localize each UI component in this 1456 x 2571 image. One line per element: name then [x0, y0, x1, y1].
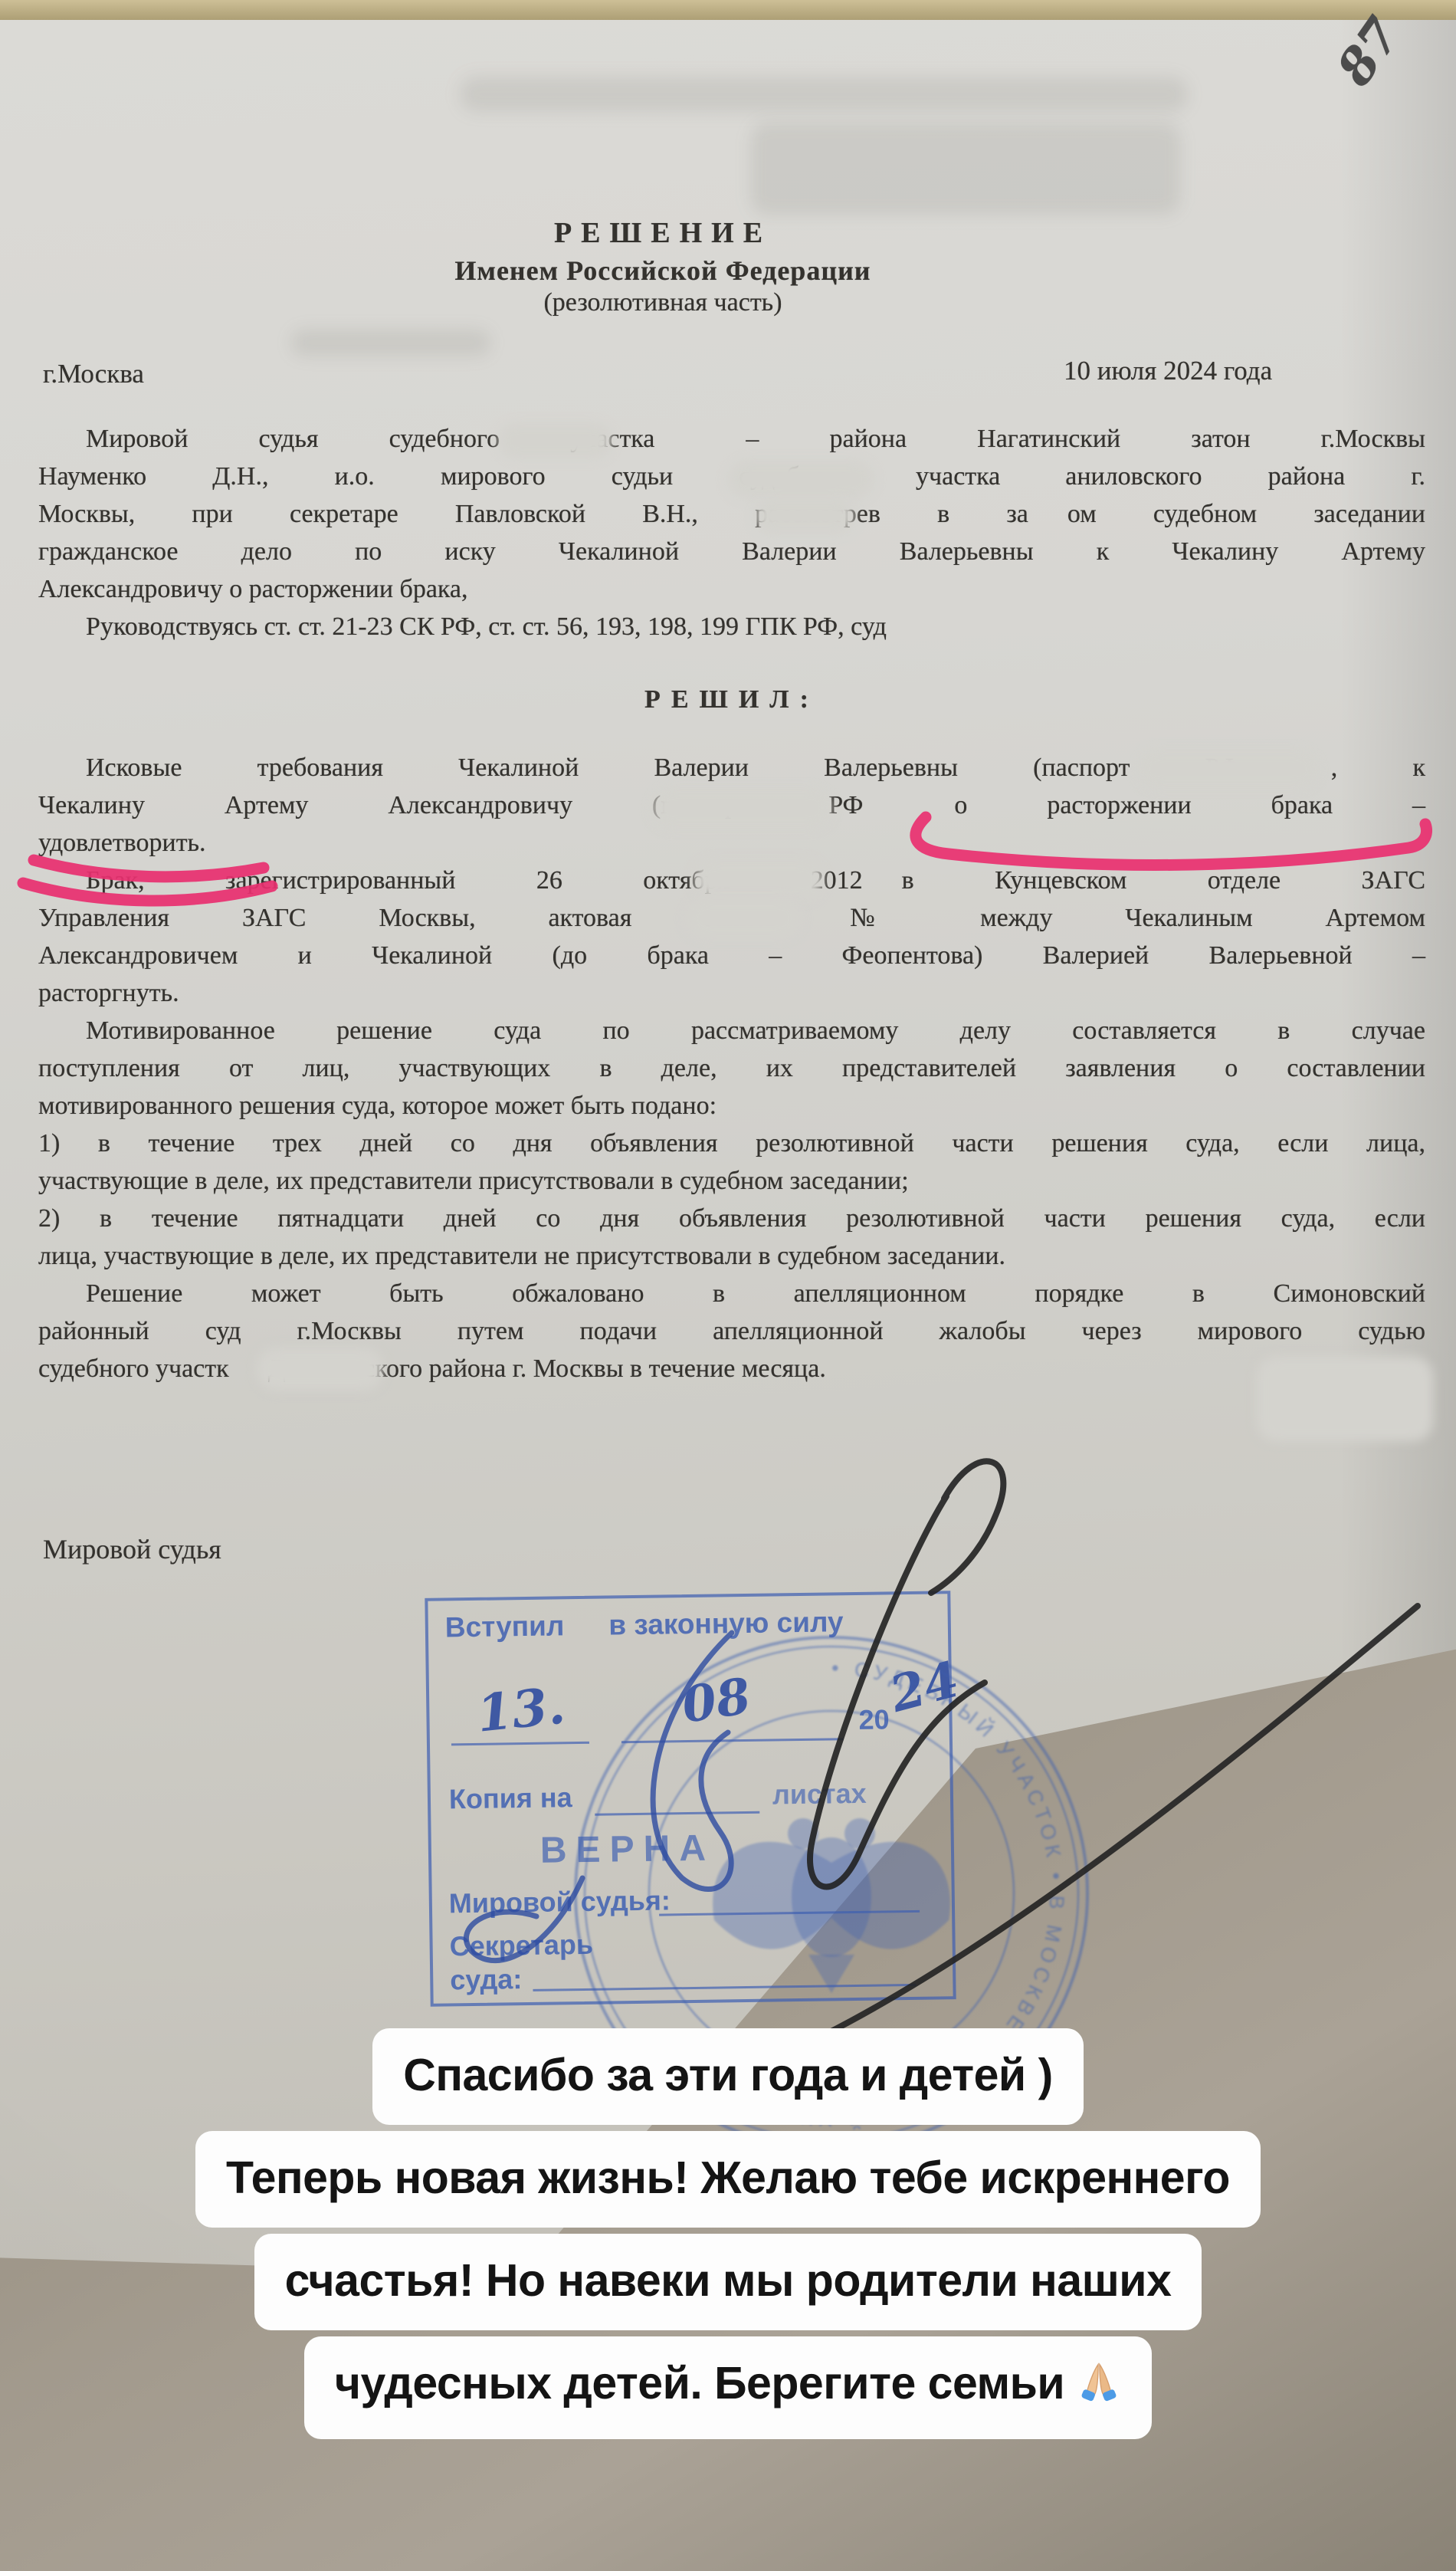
overlay-line: чудесных детей. Берегите семьи	[304, 2336, 1152, 2439]
story-text-overlay: Спасибо за эти года и детей ) Теперь нов…	[0, 2028, 1456, 2439]
overlay-line: Спасибо за эти года и детей )	[372, 2028, 1084, 2125]
folded-hands-emoji	[1077, 2360, 1121, 2413]
overlay-line: Теперь новая жизнь! Желаю тебе искреннег…	[195, 2131, 1261, 2228]
overlay-line-text: чудесных детей. Берегите семьи	[335, 2358, 1064, 2408]
overlay-line: счастья! Но навеки мы родители наших	[254, 2234, 1202, 2330]
double-headed-eagle-emblem	[713, 1818, 950, 1993]
story-screenshot: 87 РЕШЕНИЕ Именем Российской Федерации (…	[0, 0, 1456, 2571]
